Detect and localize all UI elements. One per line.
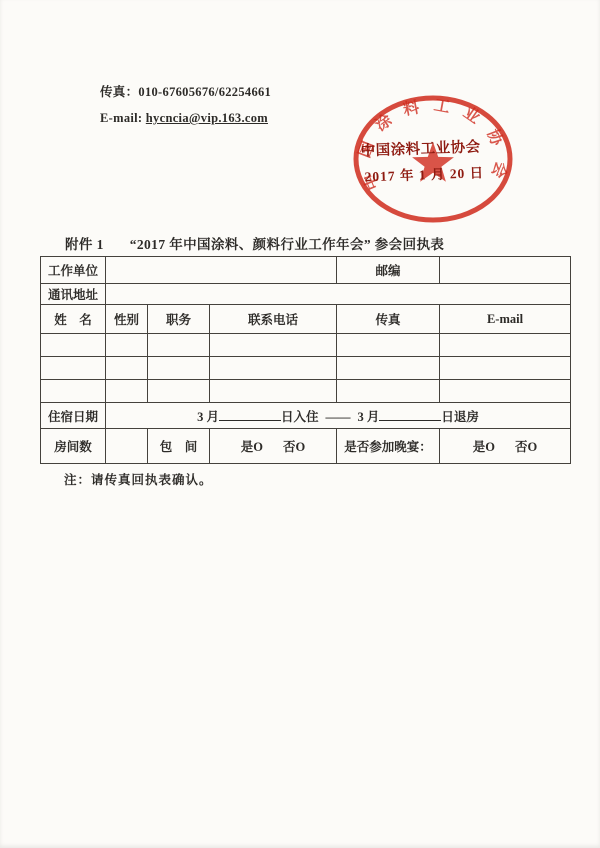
- empty-cell: [337, 380, 440, 403]
- empty-cell: [148, 357, 210, 380]
- empty-cell: [106, 380, 148, 403]
- empty-cell: [337, 357, 440, 380]
- address-row: 通讯地址: [41, 284, 571, 305]
- rooms-row: 房间数 包 间 是O否O 是否参加晚宴： 是O否O: [41, 429, 571, 464]
- empty-cell: [440, 334, 571, 357]
- rooms-value-cell: [106, 429, 148, 464]
- stay-dates-row: 住宿日期 3 月日入住——3 月日退房: [41, 403, 571, 429]
- empty-cell: [106, 334, 148, 357]
- checkout-month-text: 3 月: [358, 410, 380, 424]
- col-header-position: 职务: [148, 305, 210, 334]
- official-stamp: 中国涂料工业协会 中国涂料工业协会 2017 年 1 月 20 日: [345, 90, 525, 230]
- col-header-fax: 传真: [337, 305, 440, 334]
- suite-yes-option: 是O: [241, 440, 263, 454]
- empty-cell: [440, 380, 571, 403]
- title-row: 附件 1“2017 年中国涂料、颜料行业工作年会” 参会回执表: [65, 233, 444, 253]
- work-unit-row: 工作单位 邮编: [41, 257, 571, 284]
- dinner-no-option: 否O: [515, 440, 537, 454]
- empty-cell: [440, 357, 571, 380]
- work-unit-value-cell: [106, 257, 337, 284]
- contact-block: 传真：010-67605676/62254661 E-mail: hycncia…: [100, 84, 271, 136]
- fax-number: 010-67605676/62254661: [138, 85, 271, 99]
- empty-cell: [41, 380, 106, 403]
- empty-cell: [210, 357, 337, 380]
- footnote: 注：请传真回执表确认。: [64, 470, 213, 488]
- col-header-phone: 联系电话: [210, 305, 337, 334]
- checkin-suffix-text: 日入住: [281, 410, 319, 424]
- empty-cell: [210, 334, 337, 357]
- empty-cell: [41, 357, 106, 380]
- col-header-name: 姓 名: [41, 305, 106, 334]
- fax-line: 传真：010-67605676/62254661: [100, 84, 271, 101]
- address-value-cell: [106, 284, 571, 305]
- col-header-email: E-mail: [440, 305, 571, 334]
- dinner-label: 是否参加晚宴：: [337, 429, 440, 464]
- attendee-row-1: [41, 334, 571, 357]
- reply-form-table: 工作单位 邮编 通讯地址 姓 名 性别 职务 联系电话 传真 E-mail: [40, 256, 571, 464]
- email-line: E-mail: hycncia@vip.163.com: [100, 110, 271, 127]
- empty-cell: [210, 380, 337, 403]
- page-title: “2017 年中国涂料、颜料行业工作年会” 参会回执表: [130, 237, 445, 252]
- attendee-row-3: [41, 380, 571, 403]
- dinner-yes-option: 是O: [473, 440, 495, 454]
- address-label: 通讯地址: [41, 284, 106, 305]
- col-header-gender: 性别: [106, 305, 148, 334]
- stay-dates-label: 住宿日期: [41, 403, 106, 429]
- rooms-label: 房间数: [41, 429, 106, 464]
- attendee-row-2: [41, 357, 571, 380]
- postcode-label: 邮编: [337, 257, 440, 284]
- empty-cell: [106, 357, 148, 380]
- suite-no-option: 否O: [283, 440, 305, 454]
- empty-cell: [41, 334, 106, 357]
- postcode-value-cell: [440, 257, 571, 284]
- dinner-options-cell: 是O否O: [440, 429, 571, 464]
- fax-label: 传真：: [100, 85, 138, 99]
- work-unit-label: 工作单位: [41, 257, 106, 284]
- suite-options-cell: 是O否O: [210, 429, 337, 464]
- checkin-day-blank: [219, 407, 281, 421]
- checkout-day-blank: [379, 407, 441, 421]
- checkout-suffix-text: 日退房: [441, 410, 479, 424]
- date-range-dash: ——: [326, 410, 351, 424]
- checkin-month-text: 3 月: [197, 410, 219, 424]
- stay-dates-cell: 3 月日入住——3 月日退房: [106, 403, 571, 429]
- empty-cell: [148, 334, 210, 357]
- suite-label: 包 间: [148, 429, 210, 464]
- attachment-label: 附件 1: [65, 237, 104, 252]
- empty-cell: [337, 334, 440, 357]
- stamp-date: 2017 年 1 月 20 日: [364, 164, 484, 184]
- scanned-document-page: 传真：010-67605676/62254661 E-mail: hycncia…: [0, 0, 600, 848]
- email-label: E-mail:: [100, 111, 146, 125]
- empty-cell: [148, 380, 210, 403]
- attendee-header-row: 姓 名 性别 职务 联系电话 传真 E-mail: [41, 305, 571, 334]
- email-address: hycncia@vip.163.com: [146, 111, 268, 125]
